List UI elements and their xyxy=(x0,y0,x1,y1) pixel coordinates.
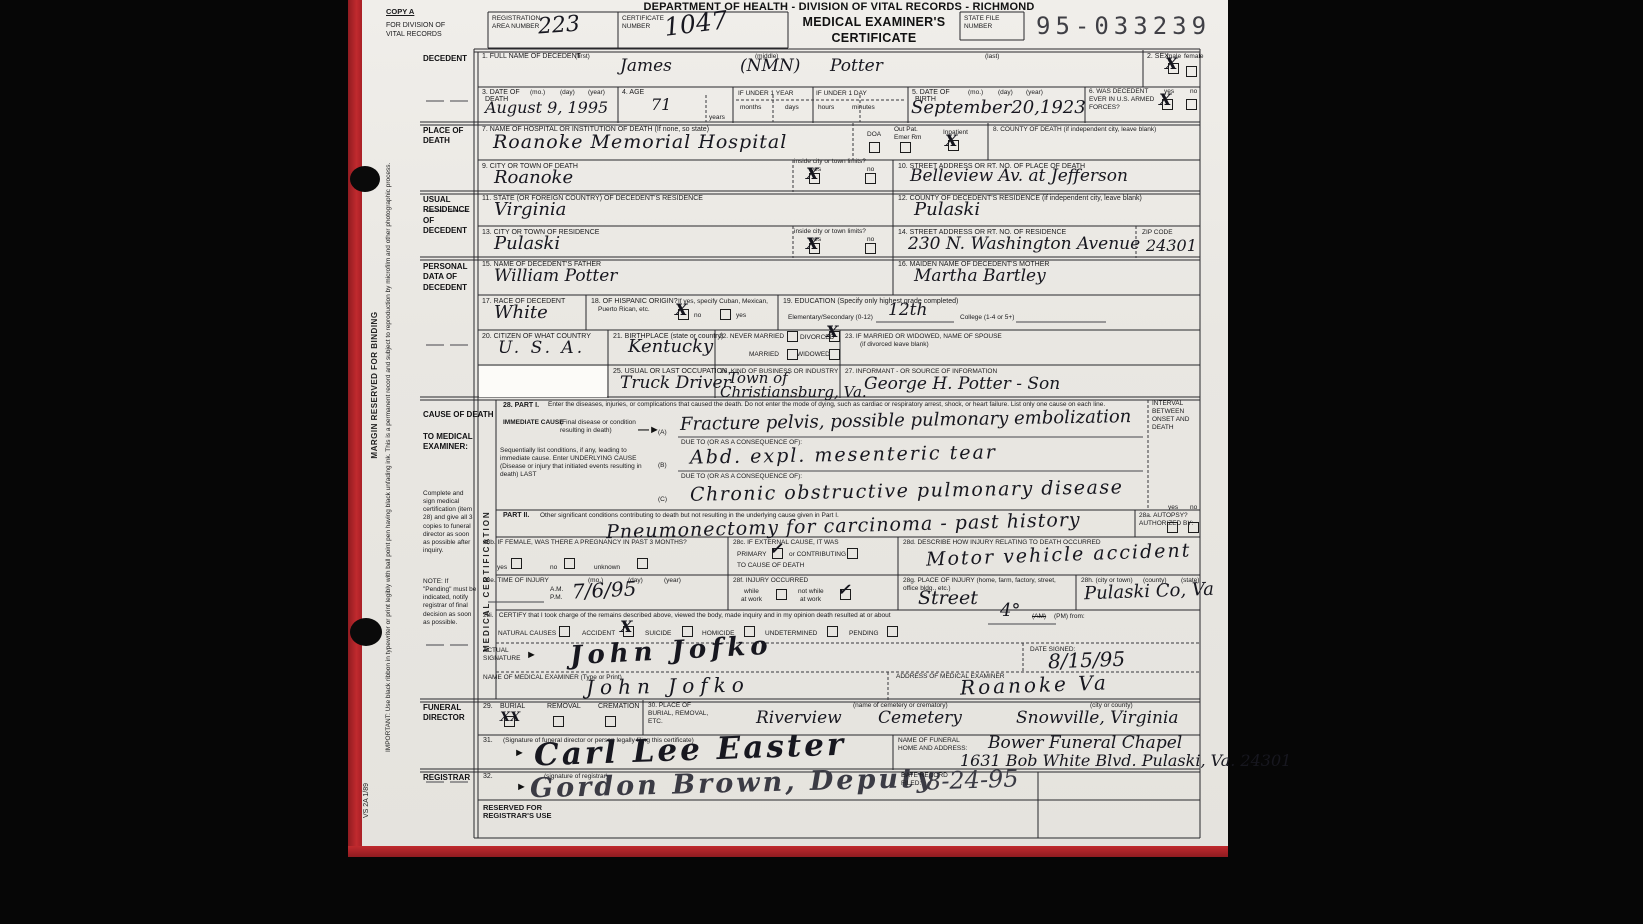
registrar-signature-arrow-icon: ► xyxy=(516,781,527,793)
armed-forces-label: 6. WAS DECEDENT EVER IN U.S. ARMED FORCE… xyxy=(1089,88,1161,112)
line-a-label: (A) xyxy=(658,429,667,437)
widowed-checkbox xyxy=(829,349,840,360)
city-residence-value: Pulaski xyxy=(494,235,560,253)
sex-female-label: female xyxy=(1184,53,1204,61)
am-label: (AM) xyxy=(1032,613,1046,621)
injury-location-value: Pulaski Co, Va xyxy=(1084,581,1215,604)
race-value: White xyxy=(494,304,548,322)
immediate-cause-arrow-icon: —► xyxy=(638,424,660,436)
primary-label: PRIMARY xyxy=(737,551,767,559)
married-label: MARRIED xyxy=(749,351,779,359)
armed-forces-no-label: no xyxy=(1190,88,1197,96)
reserved-label-2: REGISTRAR'S USE xyxy=(483,811,551,820)
burial-checkbox: XX xyxy=(504,716,515,727)
field5-year: (year) xyxy=(1026,89,1043,97)
removal-label: REMOVAL xyxy=(547,703,581,712)
last-label: (last) xyxy=(985,53,999,61)
injury-date-value: 7/6/95 xyxy=(572,578,637,601)
sequential-instructions: Sequentially list conditions, if any, le… xyxy=(500,447,652,480)
examiner-address-value: Roanoke Va xyxy=(960,672,1109,697)
section-cause-of-death: CAUSE OF DEATH xyxy=(423,410,481,420)
undetermined-label: UNDETERMINED xyxy=(765,630,817,638)
accident-checkbox: X xyxy=(623,626,634,637)
zip-value: 24301 xyxy=(1146,238,1197,254)
state-file-label: STATE FILE NUMBER xyxy=(964,15,1020,31)
immediate-cause-sub: (Final disease or condition resulting in… xyxy=(560,419,645,435)
pending-note: NOTE: If "Pending" must be indicated, no… xyxy=(423,578,477,627)
informant-value: George H. Potter - Son xyxy=(864,376,1060,393)
section-decedent: DECEDENT xyxy=(423,54,475,64)
not-while-at-work-checkbox: ✓ xyxy=(840,589,851,600)
hospital-value: Roanoke Memorial Hospital xyxy=(493,133,787,152)
while-label-2: at work xyxy=(741,596,762,604)
actual-signature-label-1: ACTUAL xyxy=(483,647,509,655)
sex-male-checkbox: X xyxy=(1168,63,1179,74)
removal-checkbox xyxy=(553,716,564,727)
under-1-day-label: IF UNDER 1 DAY xyxy=(816,90,867,98)
elementary-label: Elementary/Secondary (0-12) xyxy=(788,314,873,322)
time-of-injury-label: 28e. TIME OF INJURY xyxy=(483,577,549,585)
inpatient-checkbox: X xyxy=(948,140,959,151)
pending-label: PENDING xyxy=(849,630,879,638)
autopsy-no-label: no xyxy=(1190,504,1197,512)
decedent-first-name: James xyxy=(620,58,672,75)
hispanic-sub2: Puerto Rican, etc. xyxy=(598,306,650,314)
field5-day: (day) xyxy=(998,89,1013,97)
form-number: VS 2A 1/89 xyxy=(363,758,370,818)
pregnancy-unknown-checkbox xyxy=(637,558,648,569)
armed-forces-yes-checkbox: X xyxy=(1162,99,1173,110)
pending-checkbox xyxy=(887,626,898,637)
natural-causes-label: NATURAL CAUSES xyxy=(498,630,556,638)
birthplace-value: Kentucky xyxy=(628,338,713,356)
section-funeral-director: FUNERAL DIRECTOR xyxy=(423,703,475,724)
bottom-red-stripe xyxy=(348,846,1228,857)
cemetery-value-1: Riverview xyxy=(756,710,842,727)
days-label: days xyxy=(785,104,799,112)
cemetery-city-value: Snowville, Virginia xyxy=(1016,710,1179,727)
section-registrar: REGISTRAR xyxy=(423,773,475,783)
interval-label: INTERVAL BETWEEN ONSET AND DEATH xyxy=(1152,400,1198,433)
date-of-death-value: August 9, 1995 xyxy=(485,100,608,116)
hispanic-no-checkbox: X xyxy=(678,309,689,320)
citizen-value: U. S. A. xyxy=(498,340,585,357)
hours-label: hours xyxy=(818,104,834,112)
field3-day: (day) xyxy=(560,89,575,97)
primary-checkbox: ✓ xyxy=(772,548,783,559)
line-b-label: (B) xyxy=(658,462,667,470)
hole-punch-top xyxy=(350,166,380,192)
street-of-death-value: Belleview Av. at Jefferson xyxy=(910,168,1128,185)
while-label-1: while xyxy=(744,588,759,596)
pm-from-label: (PM) from: xyxy=(1054,613,1085,621)
minutes-label: minutes xyxy=(852,104,875,112)
state-residence-value: Virginia xyxy=(494,201,566,219)
cause-c-value: Chronic obstructive pulmonary disease xyxy=(690,478,1124,505)
autopsy-yes-label: yes xyxy=(1168,504,1178,512)
field31-number: 31. xyxy=(483,737,493,746)
widowed-label: WIDOWED xyxy=(797,351,830,359)
date-of-birth-value: September20,1923 xyxy=(911,99,1086,117)
part1-number: 28. PART I. xyxy=(503,402,539,411)
date-record-filed-value: 8-24-95 xyxy=(926,766,1019,793)
autopsy-yes-checkbox xyxy=(1167,522,1178,533)
injury-occurred-label: 28f. INJURY OCCURRED xyxy=(733,577,808,585)
spouse-label: 23. IF MARRIED OR WIDOWED, NAME OF SPOUS… xyxy=(845,333,1002,341)
binding-red-stripe xyxy=(348,0,362,846)
divorced-checkbox: X xyxy=(829,331,840,342)
redacted-field xyxy=(479,366,607,397)
signature-arrow-icon: ► xyxy=(526,649,537,661)
pregnancy-unknown-label: unknown xyxy=(594,564,620,572)
copy-label: COPY A xyxy=(386,7,414,16)
funeral-home-label: NAME OF FUNERAL HOME AND ADDRESS: xyxy=(898,737,968,753)
examiner-signature: John Jofko xyxy=(569,633,773,670)
months-label: months xyxy=(740,104,761,112)
line-c-label: (C) xyxy=(658,496,667,504)
first-label: (first) xyxy=(575,53,590,61)
cemetery-value-2: Cemetery xyxy=(878,710,962,727)
certificate-title-line1: MEDICAL EXAMINER'S xyxy=(788,15,960,29)
pregnancy-yes-checkbox xyxy=(511,558,522,569)
not-while-label-2: at work xyxy=(800,596,821,604)
limits-label-1: inside city or town limits? xyxy=(794,158,866,166)
undetermined-checkbox xyxy=(827,626,838,637)
never-married-checkbox xyxy=(787,331,798,342)
decedent-last-name: Potter xyxy=(830,58,883,75)
funeral-director-signature: Carl Lee Easter xyxy=(534,730,847,772)
examiner-name-value: John Jofko xyxy=(586,675,750,698)
examiner-instructions: Complete and sign medical certification … xyxy=(423,490,477,555)
field1-label: 1. FULL NAME OF DECEDENT xyxy=(482,53,581,62)
doa-label: DOA xyxy=(867,131,881,139)
street-residence-value: 230 N. Washington Avenue xyxy=(908,236,1140,253)
certify-statement: 28i. I CERTIFY that I took charge of the… xyxy=(483,612,891,620)
section-personal-data: PERSONAL DATA OF DECEDENT xyxy=(423,262,475,293)
date-signed-value: 8/15/95 xyxy=(1048,649,1126,672)
section-to-medical-examiner: TO MEDICAL EXAMINER: xyxy=(423,432,475,453)
mother-value: Martha Bartley xyxy=(914,268,1046,285)
section-place-of-death: PLACE OF DEATH xyxy=(423,126,475,147)
field3-mo: (mo.) xyxy=(530,89,545,97)
place-of-burial-label: 30. PLACE OF BURIAL, REMOVAL, ETC. xyxy=(648,702,710,726)
county-of-death-label: 8. COUNTY OF DEATH (if independent city,… xyxy=(993,126,1156,134)
county-residence-value: Pulaski xyxy=(914,201,980,219)
death-time-value: 4° xyxy=(1000,602,1020,620)
screenshot-root: { "colors":{"paper":"#e9e7e2","red_strip… xyxy=(0,0,1643,924)
margin-important-note: IMPORTANT: Use black ribbon in typewrite… xyxy=(384,76,394,752)
father-value: William Potter xyxy=(494,268,617,285)
margin-binding-note: MARGIN RESERVED FOR BINDING xyxy=(370,150,379,620)
while-at-work-checkbox xyxy=(776,589,787,600)
limits-label-2: inside city or town limits? xyxy=(794,228,866,236)
pregnancy-yes-label: yes xyxy=(497,564,507,572)
limits2-no-checkbox xyxy=(865,243,876,254)
hole-punch-bottom xyxy=(350,618,382,646)
certificate-document: COPY A FOR DIVISION OF VITAL RECORDS DEP… xyxy=(348,0,1228,846)
field5-mo: (mo.) xyxy=(968,89,983,97)
hispanic-sub: If yes, specify Cuban, Mexican, xyxy=(678,298,768,306)
due-to-label-2: DUE TO (OR AS A CONSEQUENCE OF): xyxy=(681,473,802,481)
pregnancy-no-label: no xyxy=(550,564,557,572)
contributing-checkbox xyxy=(847,548,858,559)
injury-year-label: (year) xyxy=(664,577,681,585)
limits2-yes-checkbox: X xyxy=(809,243,820,254)
contributing-label: or CONTRIBUTING xyxy=(789,551,846,559)
place-of-injury-value: Street xyxy=(918,589,978,608)
years-label: years xyxy=(709,114,725,122)
city-of-death-value: Roanoke xyxy=(494,169,573,187)
age-label: 4. AGE xyxy=(622,89,644,98)
hispanic-yes-label: yes xyxy=(736,312,746,320)
cause-b-value: Abd. expl. mesenteric tear xyxy=(690,443,997,467)
education-value: 12th xyxy=(888,302,927,319)
limits1-no-checkbox xyxy=(865,173,876,184)
for-division-label: FOR DIVISION OF VITAL RECORDS xyxy=(386,22,448,40)
business-value-line2: Christiansburg, Va. xyxy=(720,385,867,400)
outpatient-checkbox xyxy=(900,142,911,153)
autopsy-label: 28a. AUTOPSY? xyxy=(1139,512,1188,520)
occupation-value: Truck Driver xyxy=(620,375,731,392)
injury-pm-label: P.M. xyxy=(550,594,563,602)
pregnancy-label: 28b. IF FEMALE, WAS THERE A PREGNANCY IN… xyxy=(483,539,723,547)
outpatient-label: Out Pat. Emer Rm xyxy=(894,126,926,142)
state-file-number: 95-033239 xyxy=(1036,12,1211,40)
funeral-signature-arrow-icon: ► xyxy=(514,747,525,759)
autopsy-no-checkbox xyxy=(1188,522,1199,533)
cremation-label: CREMATION xyxy=(598,703,639,712)
age-value: 71 xyxy=(651,97,671,113)
spouse-sub: (if divorced leave blank) xyxy=(860,341,929,349)
cremation-checkbox xyxy=(605,716,616,727)
never-married-label: 22. NEVER MARRIED xyxy=(719,333,784,341)
registration-area-number: 223 xyxy=(537,14,580,39)
doa-checkbox xyxy=(869,142,880,153)
external-cause-label: 28c. IF EXTERNAL CAUSE, IT WAS xyxy=(733,539,839,547)
sex-female-checkbox xyxy=(1186,66,1197,77)
section-usual-residence: USUAL RESIDENCE OF DECEDENT xyxy=(423,195,475,237)
actual-signature-label-2: SIGNATURE xyxy=(483,655,520,663)
injury-am-label: A.M. xyxy=(550,586,563,594)
immediate-cause-label: IMMEDIATE CAUSE xyxy=(503,419,564,427)
pregnancy-no-checkbox xyxy=(564,558,575,569)
certificate-title-line2: CERTIFICATE xyxy=(788,31,960,45)
armed-forces-no-checkbox xyxy=(1186,99,1197,110)
under-1-year-label: IF UNDER 1 YEAR xyxy=(738,90,794,98)
certificate-number: 1047 xyxy=(663,7,729,40)
field29-number: 29. xyxy=(483,703,493,712)
to-cause-label: TO CAUSE OF DEATH xyxy=(737,562,804,570)
college-label: College (1-4 or 5+) xyxy=(960,314,1014,322)
education-label: 19. EDUCATION (Specify only highest grad… xyxy=(783,298,958,307)
decedent-middle-name: (NMN) xyxy=(740,58,800,75)
limits1-yes-checkbox: X xyxy=(809,173,820,184)
not-while-label-1: not while xyxy=(798,588,824,596)
field32-number: 32. xyxy=(483,773,493,782)
cause-a-value: Fracture pelvis, possible pulmonary embo… xyxy=(680,408,1132,434)
accident-label: ACCIDENT xyxy=(582,630,615,638)
natural-causes-checkbox xyxy=(559,626,570,637)
funeral-home-name: Bower Funeral Chapel xyxy=(988,735,1182,752)
hispanic-no-label: no xyxy=(694,312,701,320)
part2-number: PART II. xyxy=(503,512,529,521)
hispanic-yes-checkbox xyxy=(720,309,731,320)
field3-year: (year) xyxy=(588,89,605,97)
